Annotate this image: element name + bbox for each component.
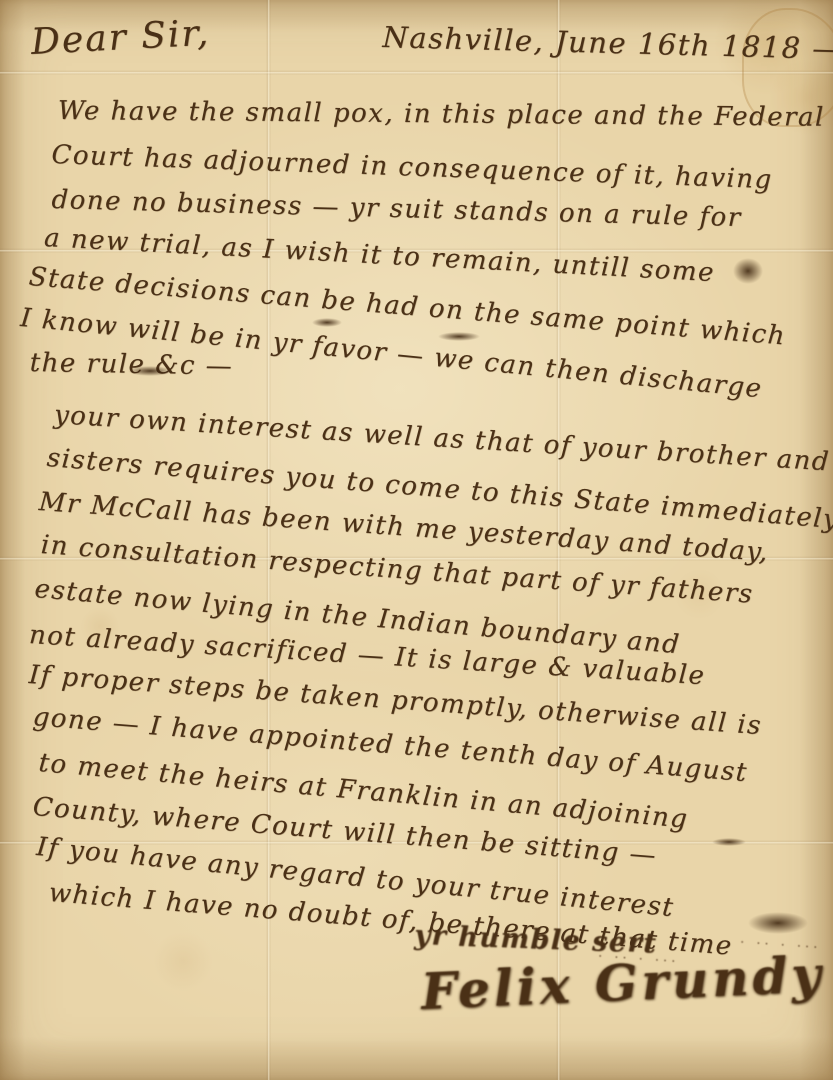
letter-line: We have the small pox, in this place and… <box>58 96 825 133</box>
ink-smudge <box>748 912 808 934</box>
letter-line: done no business — yr suit stands on a r… <box>51 185 742 233</box>
horizontal-fold-crease <box>0 70 833 75</box>
salutation: Dear Sir, <box>30 13 211 63</box>
ink-smudge <box>712 838 746 846</box>
letter-line: the rule &c — <box>29 348 233 382</box>
ink-smudge <box>312 318 342 327</box>
ink-blot <box>733 258 763 284</box>
letter-paper: Dear Sir, Nashville, June 16th 1818 — We… <box>0 0 833 1080</box>
ink-smudge <box>438 332 480 341</box>
ink-smudge <box>128 366 172 376</box>
